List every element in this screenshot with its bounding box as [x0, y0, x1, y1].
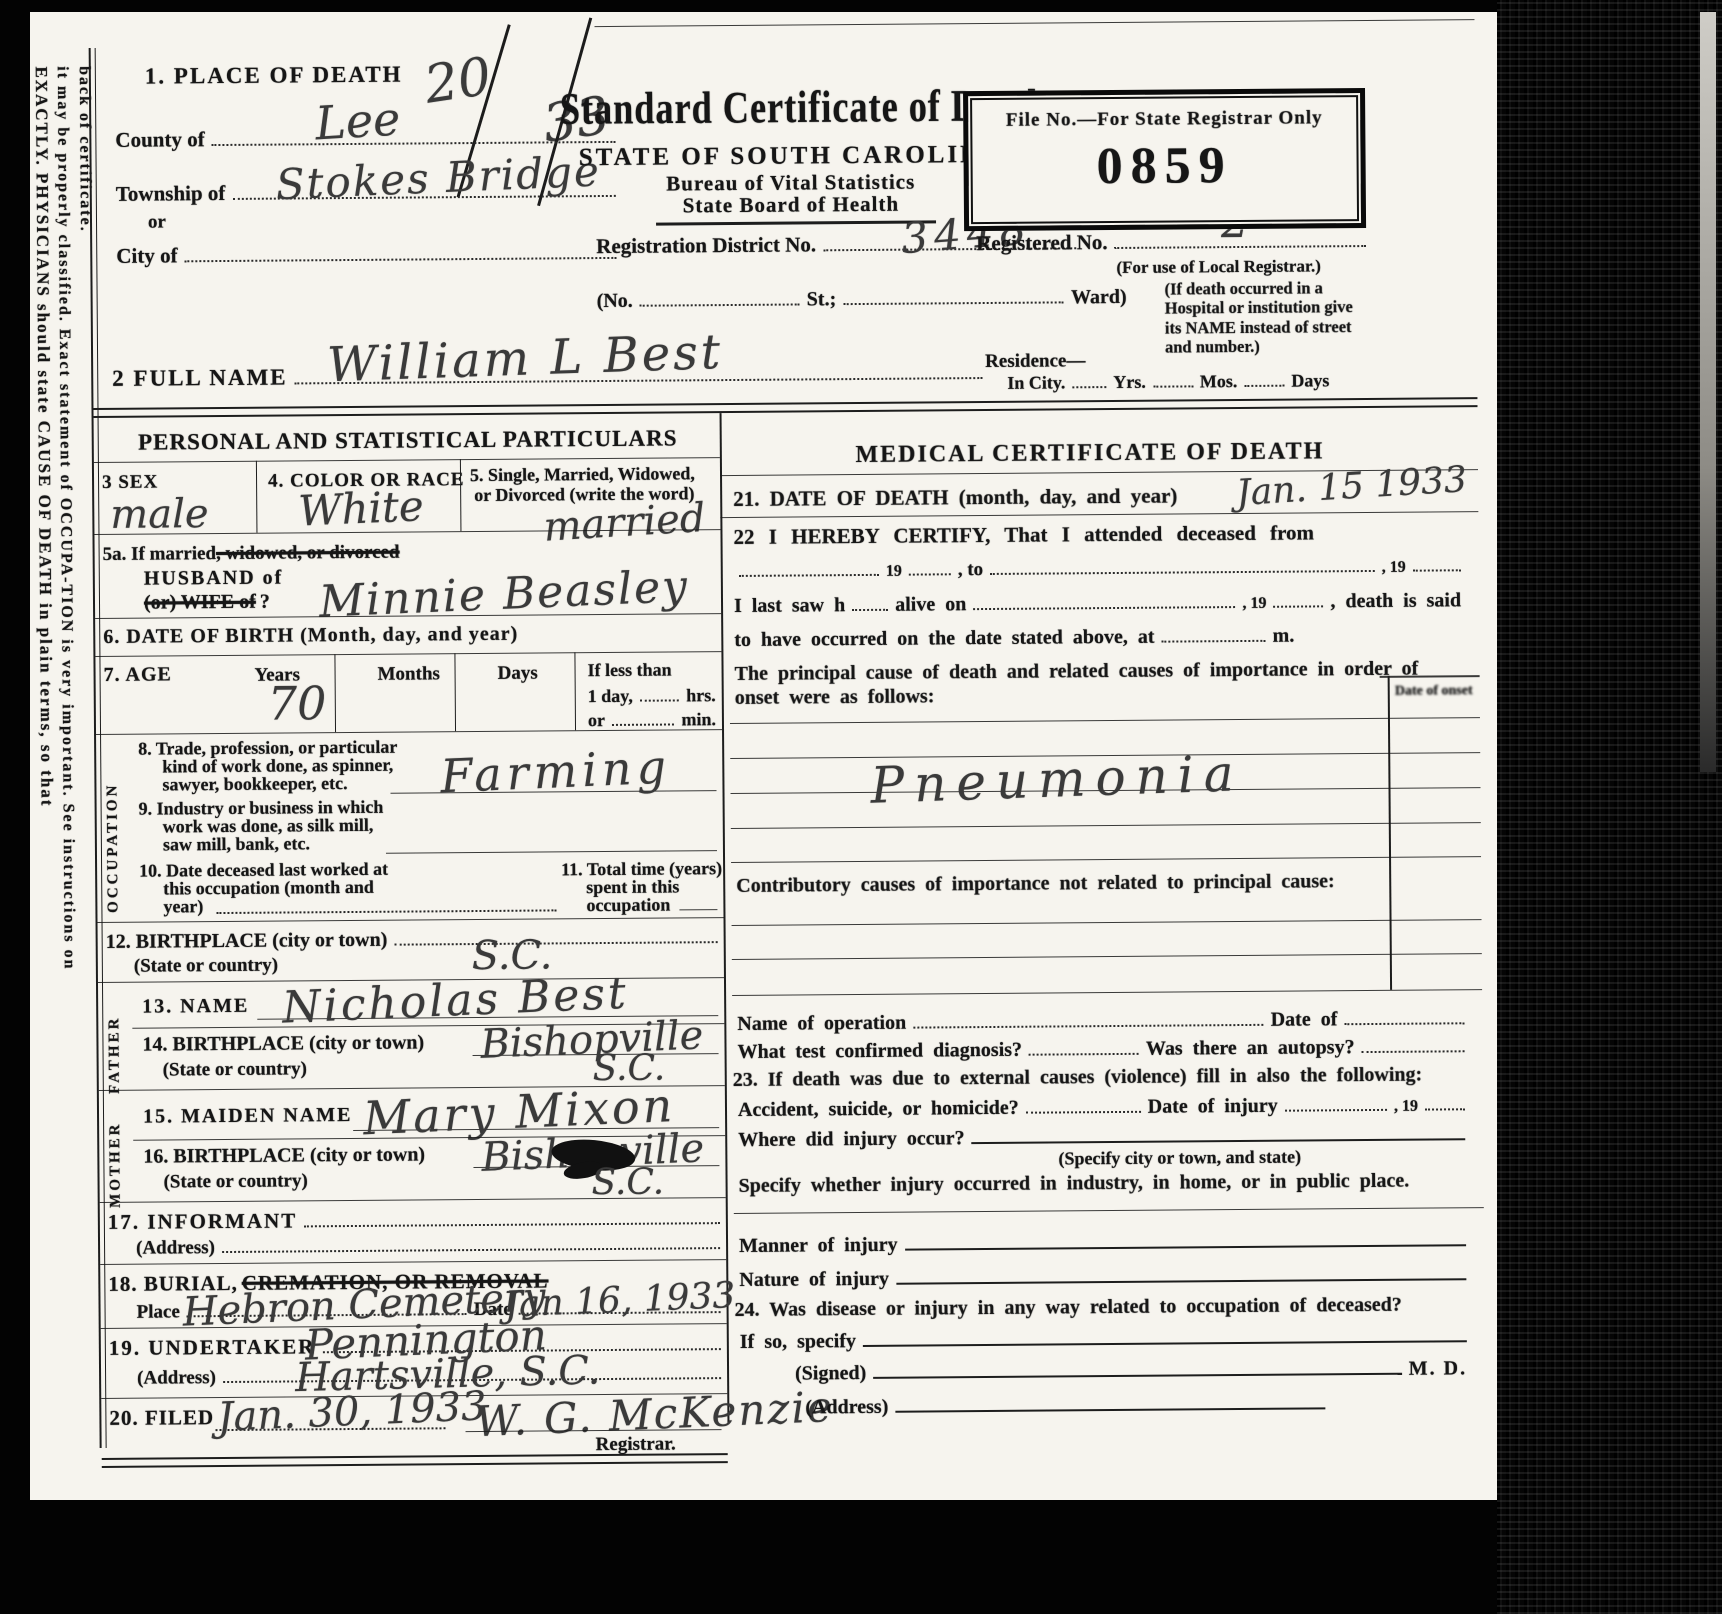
item23-label: 23. If death was due to external causes … — [733, 1064, 1423, 1092]
street-no-label: (No. — [597, 290, 633, 313]
item14-sub: (State or country) — [163, 1058, 307, 1081]
county-label: County of — [115, 127, 204, 153]
contrib-line1 — [732, 919, 1482, 926]
if-less-2: 1 day, — [588, 686, 633, 707]
year19a: 19 — [886, 563, 902, 581]
item8-line3: sawyer, bookkeeper, etc. — [162, 773, 347, 795]
or-min-row: ormin. — [588, 709, 716, 731]
registered-no-row: Registered No. — [976, 228, 1366, 256]
occupation-vertical-label: OCCUPATION — [104, 741, 122, 913]
accident-label: Accident, suicide, or homicide? — [738, 1097, 1019, 1122]
item15-label: 15. MAIDEN NAME — [143, 1104, 353, 1129]
item17-row: 17. INFORMANT — [108, 1205, 720, 1235]
scan-border-top — [0, 0, 1722, 12]
from-blank — [739, 572, 879, 577]
race-value: White — [297, 481, 424, 535]
autopsy-label: Was there an autopsy? — [1146, 1036, 1355, 1061]
physician-address-blank — [895, 1405, 1325, 1412]
place-label: Place — [136, 1301, 179, 1323]
item11-blank — [679, 909, 717, 910]
item20-label: 20. FILED — [109, 1405, 214, 1431]
city-label: City of — [116, 243, 177, 268]
last-saw-label: I last saw h — [734, 594, 845, 618]
if-so-blank — [863, 1338, 1467, 1347]
street-no-blank — [640, 301, 800, 306]
injury-date-label: Date of injury — [1148, 1095, 1278, 1119]
item5a-question: ? — [260, 591, 270, 613]
item17-label: 17. INFORMANT — [108, 1208, 298, 1234]
alive-on-label: alive on — [895, 593, 966, 617]
if-so-row: If so, specify — [740, 1325, 1467, 1354]
form-top-rule — [594, 19, 1474, 27]
test-row: What test confirmed diagnosis? Was there… — [737, 1035, 1464, 1064]
row7-sep — [96, 729, 722, 735]
test-blank — [1029, 1051, 1139, 1056]
operation-label: Name of operation — [737, 1012, 906, 1036]
state-line: STATE OF SOUTH CAROLINA — [555, 141, 1025, 173]
principal-line1: The principal cause of death and related… — [734, 658, 1418, 686]
onset-divider — [1388, 676, 1392, 990]
left-header-rule — [94, 457, 720, 463]
left-bottom-rule2 — [102, 1461, 728, 1468]
contrib-line3 — [732, 989, 1482, 996]
cause-line4 — [731, 822, 1481, 829]
item17-address-row: (Address) — [136, 1233, 720, 1260]
county-value: Lee — [314, 91, 402, 150]
scan-border-left — [0, 0, 30, 1614]
sex-race-divider — [256, 461, 258, 533]
street-row: (No. St.; Ward) — [597, 286, 1127, 313]
item21-rule — [720, 511, 1478, 518]
file-no-box: File No.—For State Registrar Only 0859 — [963, 88, 1366, 231]
age-months-label: Months — [377, 663, 439, 685]
occurred-label: to have occurred on the date stated abov… — [734, 626, 1154, 652]
item16-sub: (State or country) — [163, 1170, 307, 1193]
street-st-blank — [843, 299, 1064, 305]
if-less-1: If less than — [587, 659, 671, 681]
physician-address-label: (Address) — [805, 1396, 888, 1420]
mos-label: Mos. — [1200, 371, 1238, 392]
item19-label: 19. UNDERTAKER — [109, 1334, 316, 1361]
item19-sub: (Address) — [137, 1367, 216, 1390]
if-less-2-row: 1 day,hrs. — [588, 685, 716, 707]
hrs-blank — [640, 697, 679, 701]
scan-border-bottom — [0, 1500, 1722, 1614]
item5a-line3: (or) WIFE of ? — [144, 591, 270, 615]
death-said-label: , death is said — [1330, 589, 1461, 613]
cause-of-death-value: Pneumonia — [870, 744, 1245, 815]
to-blank — [990, 568, 1375, 575]
year19d: , 19 — [1394, 1098, 1418, 1116]
specify-city-label: (Specify city or town, and state) — [1058, 1147, 1301, 1170]
item22-label: 22 I HEREBY CERTIFY, That I attended dec… — [733, 520, 1314, 550]
item13-label: 13. NAME — [142, 995, 249, 1019]
age-days-label: Days — [497, 663, 537, 685]
item5a-struck2: (or) WIFE of — [144, 591, 256, 614]
item12-label: 12. BIRTHPLACE (city or town) — [106, 929, 388, 954]
item12-blank — [394, 939, 717, 946]
to-label: , to — [958, 559, 984, 581]
item21-label: 21. DATE OF DEATH (month, day, and year) — [733, 484, 1177, 512]
operation-blank — [913, 1022, 1264, 1029]
mos-blank — [1244, 383, 1284, 387]
item11-line3: occupation — [586, 895, 670, 917]
scanned-death-certificate: EXACTLY. PHYSICIANS should state CAUSE O… — [0, 0, 1722, 1614]
injury-date-blank — [1285, 1107, 1387, 1112]
where-label: Where did injury occur? — [738, 1127, 964, 1152]
contributory-label: Contributory causes of importance not re… — [736, 870, 1335, 898]
city-blank — [185, 255, 617, 262]
test-label: What test confirmed diagnosis? — [737, 1039, 1022, 1064]
cause-line5 — [731, 856, 1481, 863]
father-vertical-label: FATHER — [106, 988, 124, 1094]
marital-value: married — [542, 495, 707, 551]
item24-label: 24. Was disease or injury in any way rel… — [734, 1294, 1401, 1322]
yr-blank-a — [909, 571, 951, 575]
injury-line — [734, 1207, 1484, 1214]
mother-vertical-label: MOTHER — [107, 1096, 125, 1208]
yr-blank-b — [1413, 567, 1461, 571]
spouse-value: Minnie Beasley — [318, 561, 690, 628]
signed-row: (Signed) M. D. — [795, 1357, 1467, 1385]
ward-label: Ward) — [1071, 286, 1127, 309]
item14-label: 14. BIRTHPLACE (city or town) — [142, 1031, 424, 1056]
manner-label: Manner of injury — [739, 1234, 898, 1258]
header-divider — [656, 220, 936, 225]
days-label: Days — [1291, 370, 1329, 391]
operation-date-blank — [1344, 1020, 1464, 1025]
operation-date-label: Date of — [1271, 1008, 1338, 1032]
occurred-row: to have occurred on the date stated abov… — [734, 625, 1294, 652]
medical-section-title: MEDICAL CERTIFICATE OF DEATH — [720, 437, 1460, 470]
item5a-husband: HUSBAND of — [144, 567, 284, 591]
nature-label: Nature of injury — [739, 1268, 889, 1292]
year19b: , 19 — [1382, 559, 1406, 577]
year19c: , 19 — [1242, 595, 1266, 613]
signed-label: (Signed) — [795, 1362, 866, 1386]
item17-address-blank — [222, 1245, 720, 1253]
left-bottom-rule1 — [102, 1453, 728, 1460]
date-of-onset-label: Date of onset — [1392, 683, 1476, 700]
operation-row: Name of operation Date of — [737, 1007, 1464, 1036]
age-label: 7. AGE — [103, 663, 171, 687]
time-blank — [1161, 638, 1265, 643]
or-min-label: or — [588, 710, 605, 731]
street-st-label: St.; — [807, 288, 837, 311]
nature-blank — [896, 1276, 1466, 1284]
personal-section-title: PERSONAL AND STATISTICAL PARTICULARS — [98, 425, 718, 456]
cause-line1 — [730, 717, 1480, 724]
item20-date-value: Jan. 30, 1933 — [217, 1383, 488, 1440]
age-div1 — [334, 654, 336, 732]
scan-fabric-texture — [1497, 0, 1722, 1614]
registration-district-label: Registration District No. — [596, 232, 816, 259]
physician-address-row: (Address) — [805, 1392, 1325, 1419]
signed-blank — [873, 1371, 1402, 1379]
onset-top-rule — [1380, 675, 1480, 678]
hospital-note: (If death occurred in a Hospital or inst… — [1165, 278, 1371, 357]
item9-line3: saw mill, bank, etc. — [163, 833, 310, 855]
item17-blank — [304, 1220, 720, 1227]
scan-edge-highlight — [1700, 12, 1716, 772]
residence-detail-row: In City. Yrs. Mos. Days — [1007, 370, 1377, 394]
principal-line2: onset were as follows: — [735, 685, 935, 710]
dob-label: 6. DATE OF BIRTH (Month, day, and year) — [103, 623, 518, 649]
file-no-label: File No.—For State Registrar Only — [968, 107, 1360, 132]
item21-value: Jan. 15 1933 — [1235, 459, 1468, 514]
township-label: Township of — [116, 181, 226, 207]
city-row: City of — [116, 240, 616, 269]
item17-sub: (Address) — [136, 1237, 215, 1260]
item12-row: 12. BIRTHPLACE (city or town) — [106, 926, 718, 954]
alive-blank — [973, 604, 1235, 610]
age-years-value: 70 — [268, 676, 327, 730]
specify-where-label: Specify whether injury occurred in indus… — [739, 1170, 1410, 1198]
local-registrar-note: (For use of Local Registrar.) — [1116, 256, 1321, 278]
item10-blank — [216, 909, 556, 914]
min-label: min. — [681, 709, 716, 730]
item5a-struck: , widowed, or divorced — [216, 542, 400, 564]
md-label: M. D. — [1409, 1357, 1468, 1380]
in-city-label: In City. — [1007, 372, 1065, 393]
row17-sep — [100, 1259, 726, 1265]
item22-dates-row: 19 , to , 19 — [739, 555, 1461, 583]
age-div2 — [454, 653, 456, 731]
certificate-title: Standard Certificate of Death — [560, 80, 1021, 136]
accident-row: Accident, suicide, or homicide? Date of … — [738, 1093, 1465, 1122]
registered-no-label: Registered No. — [976, 230, 1108, 256]
if-so-label: If so, specify — [740, 1330, 856, 1354]
sex-value: male — [110, 491, 209, 538]
autopsy-blank — [1362, 1048, 1465, 1053]
yrs-label: Yrs. — [1113, 372, 1146, 393]
residence-label: Residence— — [985, 350, 1085, 373]
occupation-sep — [98, 917, 724, 923]
row6-sep — [95, 651, 721, 657]
age-div3 — [574, 652, 576, 730]
where-blank — [972, 1136, 1466, 1144]
hrs-label: hrs. — [686, 685, 716, 706]
him-blank — [852, 607, 888, 611]
item10-line3: year) — [163, 896, 203, 917]
manner-row: Manner of injury — [739, 1229, 1466, 1258]
occupation-value: Farming — [439, 739, 672, 803]
full-name-label: 2 FULL NAME — [112, 364, 288, 391]
file-no-number: 0859 — [968, 135, 1360, 197]
injury-yr-blank — [1425, 1106, 1465, 1110]
certificate-sheet: EXACTLY. PHYSICIANS should state CAUSE O… — [0, 0, 1722, 1614]
item12-sub: (State or country) — [134, 955, 278, 978]
item5a-line1: 5a. If married, widowed, or divorced — [103, 542, 400, 566]
nature-row: Nature of injury — [739, 1263, 1466, 1292]
min-blank — [612, 721, 675, 725]
contrib-line2 — [732, 953, 1482, 960]
manner-blank — [905, 1242, 1466, 1250]
or-label: or — [148, 211, 166, 233]
m-label: m. — [1273, 625, 1295, 648]
in-city-blank — [1072, 384, 1106, 388]
yrs-blank — [1153, 383, 1193, 387]
item5a-lead: 5a. If married — [103, 543, 217, 565]
item9-blank — [386, 850, 717, 854]
item16-label: 16. BIRTHPLACE (city or town) — [143, 1143, 425, 1168]
yr-blank-c — [1273, 603, 1323, 607]
place-of-death-heading: 1. PLACE OF DEATH — [145, 62, 403, 90]
accident-blank — [1026, 1109, 1141, 1114]
last-saw-row: I last saw h alive on , 19 , death is sa… — [734, 589, 1461, 618]
